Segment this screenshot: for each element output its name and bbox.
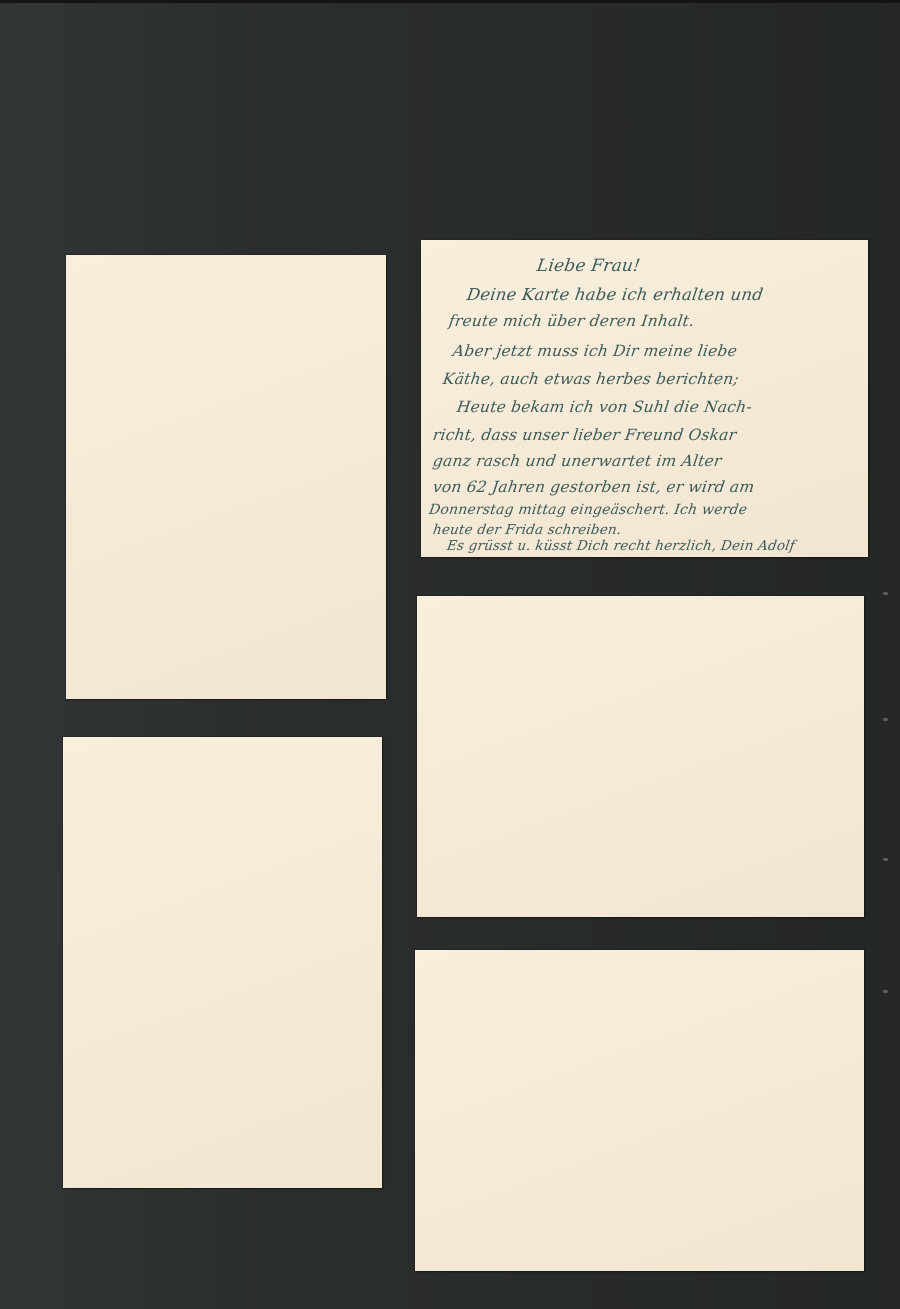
binder-hole [883,858,888,861]
letter-line: von 62 Jahren gestorben ist, er wird am [432,478,756,496]
letter-line: Donnerstag mittag eingeäschert. Ich werd… [428,502,748,518]
blank-card-right-bottom [415,950,864,1271]
letter-card: Liebe Frau! Deine Karte habe ich erhalte… [421,240,868,557]
letter-line: ganz rasch und unerwartet im Alter [432,452,723,470]
letter-line: heute der Frida schreiben. [432,522,623,538]
letter-line: Deine Karte habe ich erhalten und [466,285,765,304]
handwritten-letter: Liebe Frau! Deine Karte habe ich erhalte… [421,240,868,557]
binder-hole [883,990,888,993]
blank-card-left-top [66,255,386,699]
letter-line: Käthe, auch etwas herbes berichten; [442,370,740,388]
letter-line: freute mich über deren Inhalt. [448,312,696,330]
binder-hole [883,592,888,595]
letter-signoff: Es grüsst u. küsst Dich recht herzlich, … [446,538,796,554]
blank-card-left-bottom [63,737,382,1188]
letter-salutation: Liebe Frau! [536,256,642,276]
binder-hole [883,718,888,721]
letter-line: Heute bekam ich von Suhl die Nach- [456,398,753,416]
letter-line: Aber jetzt muss ich Dir meine liebe [452,342,739,360]
letter-line: richt, dass unser lieber Freund Oskar [432,426,738,444]
blank-card-right-middle [417,596,864,917]
scan-top-edge [0,0,900,3]
